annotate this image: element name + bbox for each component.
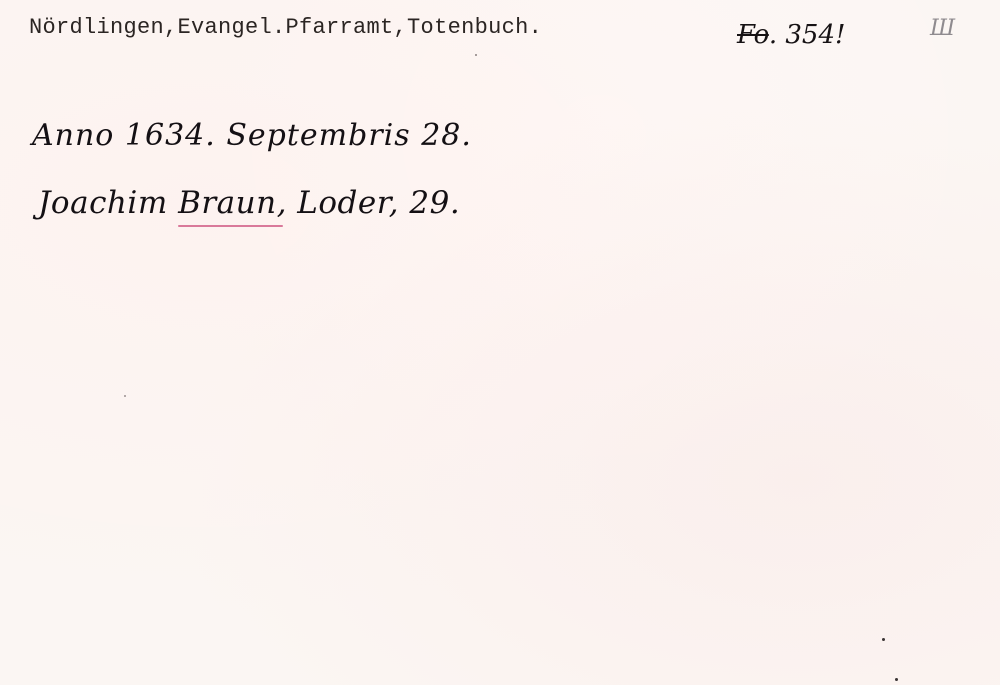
folio-number: Fo. 354! [737, 20, 845, 50]
surname-underlined: Braun [178, 185, 277, 221]
paper-speck [895, 678, 898, 681]
entry-year: 1634. [125, 118, 216, 153]
typed-header-source: Nördlingen,Evangel.Pfarramt,Totenbuch. [29, 15, 542, 40]
entry-name-line: Joachim Braun, Loder, 29. [38, 185, 460, 221]
entry-day: 28. [421, 118, 472, 153]
index-card: Nördlingen,Evangel.Pfarramt,Totenbuch. F… [0, 0, 1000, 685]
paper-speck [475, 54, 477, 56]
folio-value: 354 [785, 20, 835, 50]
folio-suffix: ! [835, 20, 845, 50]
entry-month: Septembris [226, 118, 410, 153]
anno-label: Anno [32, 118, 114, 153]
folio-prefix: Fo [737, 20, 769, 50]
age: 29. [409, 185, 460, 221]
given-name: Joachim [38, 185, 168, 221]
paper-speck [124, 395, 126, 397]
folio-separator: . [769, 20, 777, 50]
entry-date-line: Anno 1634. Septembris 28. [32, 118, 472, 153]
occupation: , Loder, [277, 185, 399, 221]
pencil-corner-mark: Ш [930, 16, 955, 41]
paper-speck [882, 638, 885, 641]
